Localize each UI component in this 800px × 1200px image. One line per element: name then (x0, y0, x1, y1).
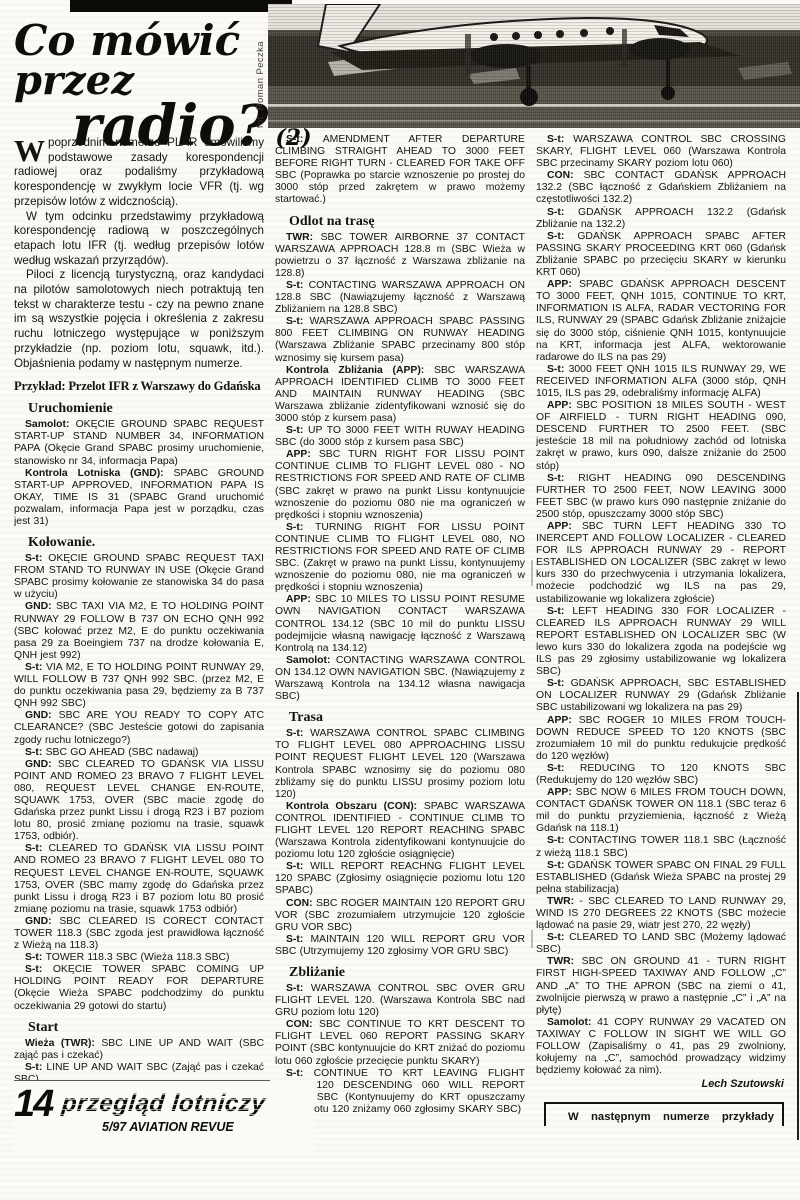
speaker-label: S-t: (25, 747, 46, 758)
speaker-label: GND: (25, 710, 59, 721)
speaker-label: S-t: (286, 1068, 314, 1079)
speaker-label: GND: (25, 601, 56, 612)
section-heading: Start (14, 1020, 264, 1036)
speaker-label: S-t: (25, 964, 53, 975)
intro-paragraph: Wpoprzednim numerze PLAR omówiliśmy pods… (14, 136, 264, 210)
dialog-line: GND: SBC CLEARED IS CORECT CONTACT TOWER… (14, 916, 264, 952)
issue-label: 5/97 AVIATION REVUE (102, 1120, 314, 1134)
speaker-label: APP: (547, 787, 576, 798)
speaker-label: S-t: (286, 861, 310, 872)
dialog-line: S-t: WILL REPORT REACHNG FLIGHT LEVEL 12… (275, 861, 525, 897)
dialog-line: S-t: GDAŃSK TOWER SPABC ON FINAL 29 FULL… (536, 860, 786, 896)
speaker-label: S-t: (547, 364, 569, 375)
dialog-line: S-t: WARSZAWA CONTROL SPABC CLIMBING TO … (275, 728, 525, 801)
scan-artifact (531, 560, 533, 586)
next-issue-box: W następnym numerze przykłady meldunków … (544, 1102, 784, 1126)
speaker-label: TWR: (286, 232, 321, 243)
speaker-label: S-t: (286, 522, 315, 533)
dialog-line: CON: SBC CONTINUE TO KRT DESCENT TO FLIG… (275, 1019, 525, 1067)
dialog-line: Samolot: OKĘCIE GROUND SPABC REQUEST STA… (14, 419, 264, 467)
column-2: S-t: AMENDMENT AFTER DEPARTURE CLIMBING … (275, 134, 525, 1126)
speaker-label: APP: (547, 521, 582, 532)
dialog-line: S-t: VIA M2, E TO HOLDING POINT RUNWAY 2… (14, 662, 264, 710)
speaker-label: APP: (286, 449, 319, 460)
speaker-label: S-t: (286, 280, 309, 291)
speaker-label: Samolot: (547, 1017, 597, 1028)
speaker-label: TWR: (547, 896, 579, 907)
dialog-line: TWR: - SBC CLEARED TO LAND RUNWAY 29, WI… (536, 896, 786, 932)
dialog-line: S-t: LEFT HEADING 330 FOR LOCALIZER - CL… (536, 606, 786, 679)
drop-cap: W (14, 138, 45, 163)
intro-paragraph: Piloci z licencją turystyczną, oraz kand… (14, 268, 264, 371)
speaker-label: Samolot: (286, 655, 336, 666)
dialog-line: S-t: RIGHT HEADING 090 DESCENDING FURTHE… (536, 473, 786, 521)
speaker-label: S-t: (547, 134, 573, 145)
dialog-line: S-t: 3000 FEET QNH 1015 ILS RUNWAY 29, W… (536, 364, 786, 400)
dialog-line: S-t: GDAŃSK APPROACH 132.2 (Gdańsk Zbliż… (536, 207, 786, 231)
dialog-line: S-t: OKĘCIE TOWER SPABC COMING UP HOLDIN… (14, 964, 264, 1012)
dialog-line: Kontrola Zbliżania (APP): SBC WARSZAWA A… (275, 365, 525, 425)
speaker-label: S-t: (286, 728, 310, 739)
speaker-label: APP: (547, 400, 576, 411)
article-title: Co mówić przez radio?(2) (14, 22, 269, 151)
speaker-label: S-t: (25, 553, 48, 564)
dialog-line: Kontrola Obszaru (CON): SPABC WARSZAWA C… (275, 801, 525, 861)
dialog-line: APP: SBC ROGER 10 MILES FROM TOUCH-DOWN … (536, 715, 786, 763)
speaker-label: S-t: (547, 860, 568, 871)
speaker-label: Wieża (TWR): (25, 1038, 101, 1049)
dialog-line: S-t: GDAŃSK APPROACH SPABC AFTER PASSING… (536, 231, 786, 279)
dialog-line: S-t: UP TO 3000 FEET WITH RUWAY HEADING … (275, 425, 525, 449)
speaker-label: GND: (25, 759, 58, 770)
dialog-line: Kontrola Lotniska (GND): SPABC GROUND ST… (14, 468, 264, 528)
airplane-photo-illustration (268, 4, 800, 128)
dialog-line: Samolot: CONTACTING WARSZAWA CONTROL ON … (275, 655, 525, 703)
dialog-line: S-t: CLEARED TO LAND SBC (Możemy lądować… (536, 932, 786, 956)
magazine-logo: przegląd lotniczy (61, 1090, 267, 1118)
scan-artifact (531, 930, 533, 948)
dialog-line: S-t: TOWER 118.3 SBC (Wieża 118.3 SBC) (14, 952, 264, 964)
column-1: Wpoprzednim numerze PLAR omówiliśmy pods… (14, 134, 264, 1126)
speaker-label: GND: (25, 916, 59, 927)
dialog-line: S-t: WARSZAWA CONTROL SBC CROSSING SKARY… (536, 134, 786, 170)
dialog-line: APP: SBC TURN LEFT HEADING 330 TO INERCE… (536, 521, 786, 606)
section-heading: Zbliżanie (275, 965, 525, 981)
dialog-line: S-t: MAINTAIN 120 WILL REPORT GRU VOR SB… (275, 934, 525, 958)
dialog-line: CON: SBC ROGER MAINTAIN 120 REPORT GRU V… (275, 898, 525, 934)
speaker-label: TWR: (547, 956, 582, 967)
page-footer: 14 przegląd lotniczy 5/97 AVIATION REVUE (14, 1080, 314, 1152)
speaker-label: S-t: (25, 662, 46, 673)
speaker-label: S-t: (286, 425, 308, 436)
dialog-line: Samolot: 41 COPY RUNWAY 29 VACATED ON TA… (536, 1017, 786, 1077)
speaker-label: Kontrola Lotniska (GND): (25, 468, 174, 479)
dialog-line: S-t: CONTACTING TOWER 118.1 SBC (Łącznoś… (536, 835, 786, 859)
speaker-label: S-t: (547, 231, 577, 242)
speaker-label: CON: (286, 1019, 319, 1030)
speaker-label: Samolot: (25, 419, 76, 430)
section-heading: Kołowanie. (14, 535, 264, 551)
speaker-label: CON: (286, 898, 316, 909)
dialog-line: APP: SBC 10 MILES TO LISSU POINT RESUME … (275, 594, 525, 654)
speaker-label: S-t: (547, 473, 578, 484)
dialog-line: S-t: OKĘCIE GROUND SPABC REQUEST TAXI FR… (14, 553, 264, 601)
speaker-label: CON: (547, 170, 584, 181)
dialog-line: GND: SBC ARE YOU READY TO COPY ATC CLEAR… (14, 710, 264, 746)
dialog-line: S-t: SBC GO AHEAD (SBC nadawaj) (14, 747, 264, 759)
intro-paragraph: W tym odcinku przedstawimy przykładową k… (14, 210, 264, 269)
footer-rule (14, 1080, 270, 1081)
speaker-label: Kontrola Zbliżania (APP): (286, 365, 434, 376)
speaker-label: S-t: (547, 835, 569, 846)
speaker-label: S-t: (547, 763, 580, 774)
dialog-line: GND: SBC CLEARED TO GDAŃSK VIA LISSU POI… (14, 759, 264, 844)
dialog-line: Wieża (TWR): SBC LINE UP AND WAIT (SBC z… (14, 1038, 264, 1062)
speaker-label: S-t: (547, 678, 571, 689)
speaker-label: S-t: (25, 952, 46, 963)
dialog-line: S-t: TURNING RIGHT FOR LISSU POINT CONTI… (275, 522, 525, 595)
speaker-label: S-t: (547, 207, 578, 218)
photo-credit: fot. Roman Peczka (255, 41, 266, 128)
article-columns: Wpoprzednim numerze PLAR omówiliśmy pods… (14, 134, 786, 1126)
author-signature: Lech Szutowski (536, 1078, 784, 1090)
speaker-label: S-t: (25, 843, 48, 854)
speaker-label: S-t: (547, 932, 569, 943)
dialog-line: S-t: GDAŃSK APPROACH, SBC ESTABLISHED ON… (536, 678, 786, 714)
dialog-line: S-t: REDUCING TO 120 KNOTS SBC (Redukuje… (536, 763, 786, 787)
section-heading: Odlot na trasę (275, 214, 525, 230)
dialog-line: TWR: SBC ON GROUND 41 - TURN RIGHT FIRST… (536, 956, 786, 1016)
speaker-label: APP: (547, 279, 579, 290)
speaker-label: S-t: (547, 606, 572, 617)
dialog-line: APP: SBC POSITION 18 MILES SOUTH - WEST … (536, 400, 786, 473)
dialog-line: APP: SBC NOW 6 MILES FROM TOUCH DOWN, CO… (536, 787, 786, 835)
dialog-line: S-t: WARSZAWA APPROACH SPABC PASSING 800… (275, 316, 525, 364)
airplane-photo: fot. Roman Peczka (268, 4, 800, 128)
speaker-label: S-t: (286, 934, 311, 945)
speaker-label: APP: (547, 715, 579, 726)
dialog-line: CON: SBC CONTACT GDAŃSK APPROACH 132.2 (… (536, 170, 786, 206)
dialog-line: S-t: AMENDMENT AFTER DEPARTURE CLIMBING … (275, 134, 525, 207)
column-3: S-t: WARSZAWA CONTROL SBC CROSSING SKARY… (536, 134, 786, 1126)
page-number: 14 (14, 1086, 52, 1122)
speaker-label: S-t: (286, 134, 323, 145)
dialog-line: S-t: WARSZAWA CONTROL SBC OVER GRU FLIGH… (275, 983, 525, 1019)
speaker-label: S-t: (25, 1062, 46, 1073)
speaker-label: Kontrola Obszaru (CON): (286, 801, 424, 812)
dialog-line: GND: SBC TAXI VIA M2, E TO HOLDING POINT… (14, 601, 264, 661)
dialog-line: APP: SPABC GDAŃSK APPROACH DESCENT TO 30… (536, 279, 786, 364)
magazine-page: Co mówić przez radio?(2) fot. Roman Pecz… (0, 0, 800, 1200)
section-heading: Trasa (275, 710, 525, 726)
dialog-line: TWR: SBC TOWER AIRBORNE 37 CONTACT WARSZ… (275, 232, 525, 280)
speaker-label: S-t: (286, 983, 311, 994)
section-heading: Uruchomienie (14, 401, 264, 417)
top-black-bar (70, 0, 292, 12)
speaker-label: APP: (286, 594, 315, 605)
dialog-line: APP: SBC TURN RIGHT FOR LISSU POINT CONT… (275, 449, 525, 522)
title-line-1: Co mówić (14, 22, 269, 60)
speaker-label: S-t: (286, 316, 309, 327)
dialog-line: S-t: CONTACTING WARSZAWA APPROACH ON 128… (275, 280, 525, 316)
dialog-line: S-t: CLEARED TO GDAŃSK VIA LISSU POINT A… (14, 843, 264, 916)
example-heading: Przykład: Przelot IFR z Warszawy do Gdań… (14, 379, 264, 394)
page-edge-line (797, 692, 799, 1140)
